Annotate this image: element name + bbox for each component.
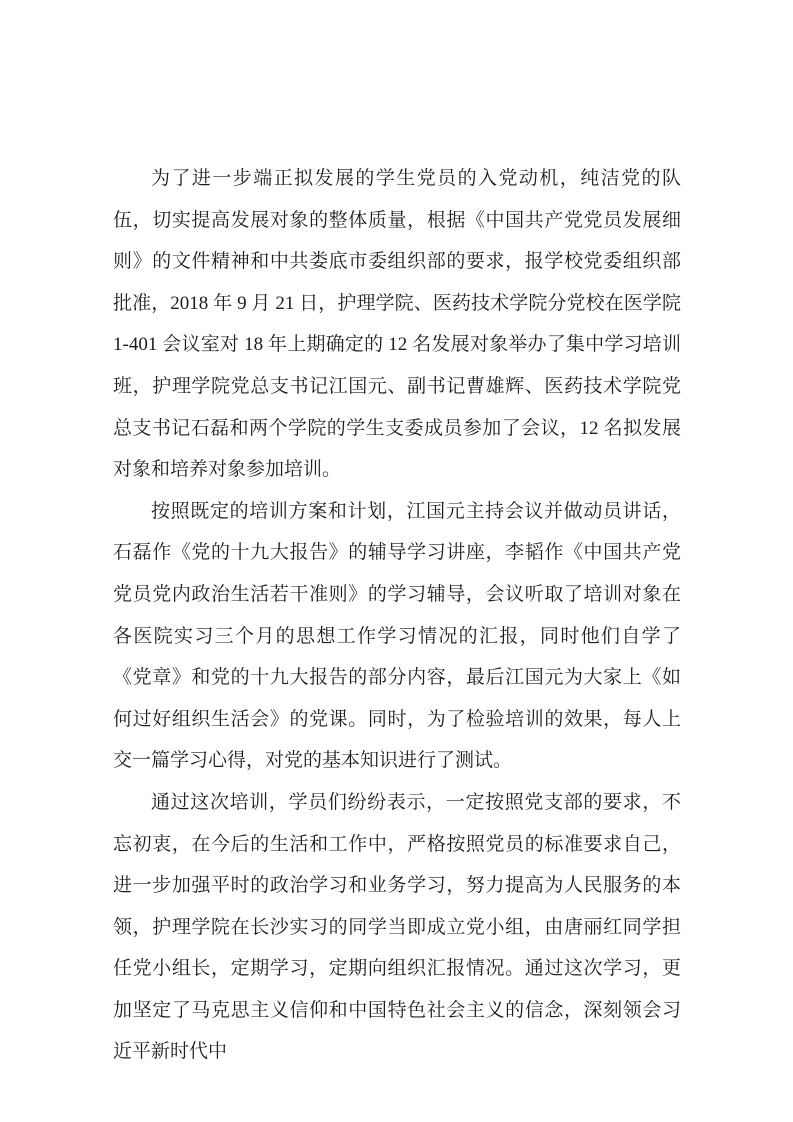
document-body: 为了进一步端正拟发展的学生党员的入党动机，纯洁党的队伍，切实提高发展对象的整体质…: [113, 158, 681, 1073]
paragraph-1: 为了进一步端正拟发展的学生党员的入党动机，纯洁党的队伍，切实提高发展对象的整体质…: [113, 158, 681, 491]
paragraph-2: 按照既定的培训方案和计划，江国元主持会议并做动员讲话，石磊作《党的十九大报告》的…: [113, 491, 681, 782]
document-page: 为了进一步端正拟发展的学生党员的入党动机，纯洁党的队伍，切实提高发展对象的整体质…: [0, 0, 793, 1122]
paragraph-3: 通过这次培训，学员们纷纷表示，一定按照党支部的要求，不忘初衷，在今后的生活和工作…: [113, 782, 681, 1073]
